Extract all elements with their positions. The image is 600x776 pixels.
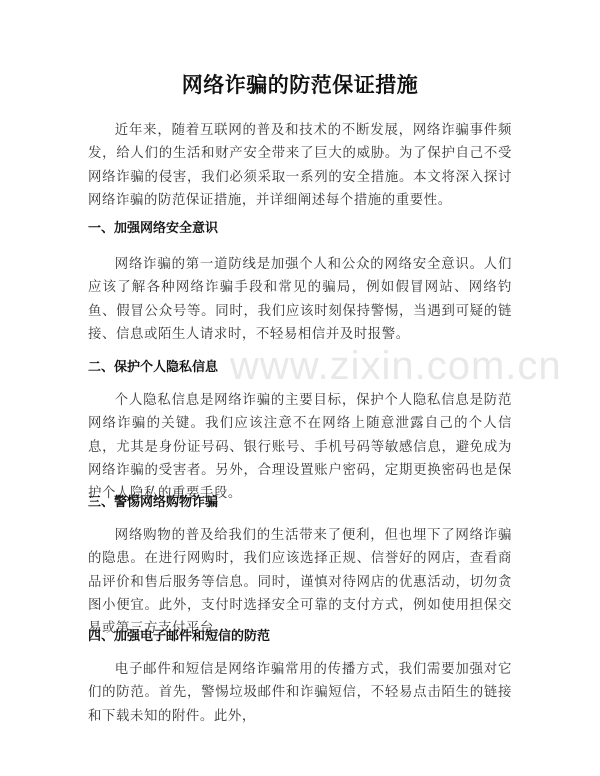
section-heading-3: 三、警惕网络购物诈骗	[88, 493, 512, 513]
section-heading-2: 二、保护个人隐私信息	[88, 358, 512, 378]
section-body-3: 网络购物的普及给我们的生活带来了便利，但也埋下了网络诈骗的隐患。在进行网购时，我…	[88, 524, 512, 640]
intro-paragraph: 近年来，随着互联网的普及和技术的不断发展，网络诈骗事件频发，给人们的生活和财产安…	[88, 119, 512, 212]
section-heading-1: 一、加强网络安全意识	[88, 219, 512, 239]
section-heading-4: 四、加强电子邮件和短信的防范	[88, 627, 512, 647]
document-title: 网络诈骗的防范保证措施	[88, 70, 512, 100]
section-body-4: 电子邮件和短信是网络诈骗常用的传播方式，我们需要加强对它们的防范。首先，警惕垃圾…	[88, 658, 512, 728]
section-body-1: 网络诈骗的第一道防线是加强个人和公众的网络安全意识。人们应该了解各种网络诈骗手段…	[88, 253, 512, 346]
section-body-2: 个人隐私信息是网络诈骗的主要目标，保护个人隐私信息是防范网络诈骗的关键。我们应该…	[88, 389, 512, 505]
